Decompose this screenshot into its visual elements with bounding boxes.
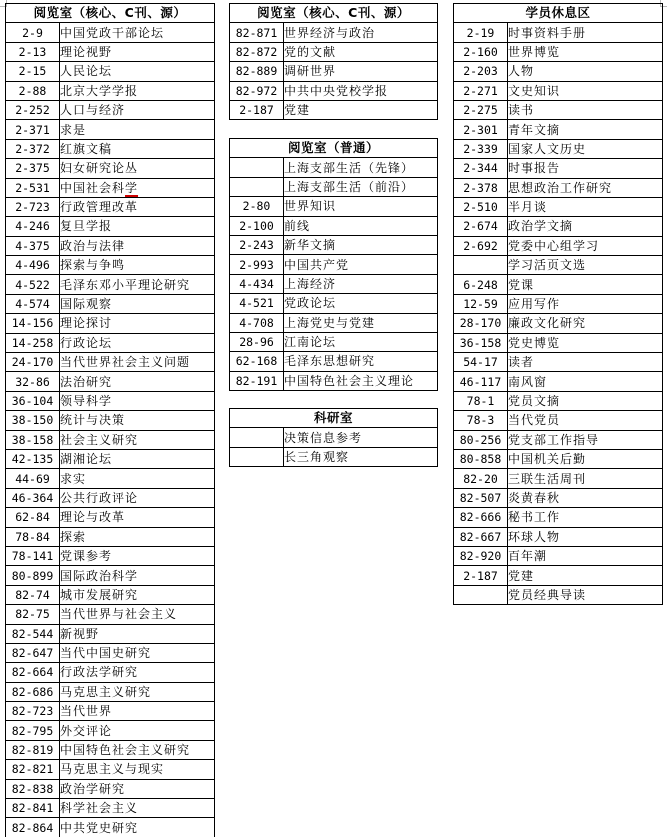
- periodical-code: 2-243: [230, 235, 284, 254]
- periodical-code: [454, 256, 508, 275]
- table-row: 2-160世界博览: [454, 42, 663, 61]
- table-row: 2-723行政管理改革: [6, 197, 215, 216]
- table-row: 2-203人物: [454, 62, 663, 81]
- periodical-code: 32-86: [6, 372, 60, 391]
- periodical-code: 38-150: [6, 411, 60, 430]
- periodical-code: 2-187: [230, 100, 284, 119]
- periodical-code: 14-258: [6, 333, 60, 352]
- periodical-title: 读者: [508, 353, 663, 372]
- periodical-title: 调研世界: [284, 62, 438, 81]
- periodical-title: 文史知识: [508, 81, 663, 100]
- periodical-title: 上海经济: [284, 274, 438, 293]
- periodical-title: 理论探讨: [60, 314, 215, 333]
- periodical-code: 78-141: [6, 546, 60, 565]
- table-row: 长三角观察: [230, 447, 438, 466]
- table-row: 82-666秘书工作: [454, 508, 663, 527]
- periodical-code: 2-344: [454, 159, 508, 178]
- periodical-title: 复旦学报: [60, 217, 215, 236]
- periodical-title: 马克思主义与现实: [60, 760, 215, 779]
- periodical-code: 82-795: [6, 721, 60, 740]
- periodical-title: 党员经典导读: [508, 585, 663, 604]
- periodical-title: 行政法学研究: [60, 663, 215, 682]
- table-row: 2-271文史知识: [454, 81, 663, 100]
- table-row: 82-972中共中央党校学报: [230, 81, 438, 100]
- periodical-code: 82-723: [6, 702, 60, 721]
- periodical-code: 2-692: [454, 236, 508, 255]
- table-row: 80-899国际政治科学: [6, 566, 215, 585]
- table-row: 82-872党的文献: [230, 42, 438, 61]
- table-row: 4-375政治与法律: [6, 236, 215, 255]
- periodical-title: 新华文摘: [284, 235, 438, 254]
- table-row: 82-191中国特色社会主义理论: [230, 371, 438, 390]
- periodical-code: 38-158: [6, 430, 60, 449]
- periodical-title: 秘书工作: [508, 508, 663, 527]
- periodical-title: 百年潮: [508, 546, 663, 565]
- table-row: 2-15人民论坛: [6, 62, 215, 81]
- table-row: 2-510半月谈: [454, 197, 663, 216]
- periodical-code: [230, 158, 284, 177]
- periodical-title: 人物: [508, 62, 663, 81]
- periodical-code: 62-168: [230, 352, 284, 371]
- periodical-code: 2-378: [454, 178, 508, 197]
- table-row: 2-375妇女研究论丛: [6, 159, 215, 178]
- table-row: 决策信息参考: [230, 428, 438, 447]
- periodical-title: 炎黄春秋: [508, 488, 663, 507]
- table-row: 78-3当代党员: [454, 411, 663, 430]
- periodical-code: 28-170: [454, 314, 508, 333]
- table-row: 2-100前线: [230, 216, 438, 235]
- periodical-code: 82-889: [230, 62, 284, 81]
- periodical-title: 中国党政干部论坛: [60, 23, 215, 42]
- periodical-title: 毛泽东思想研究: [284, 352, 438, 371]
- periodical-code: 82-191: [230, 371, 284, 390]
- table-row: 2-9中国党政干部论坛: [6, 23, 215, 42]
- periodical-code: 82-20: [454, 469, 508, 488]
- periodical-title: 党政论坛: [284, 294, 438, 313]
- periodical-code: 2-203: [454, 62, 508, 81]
- periodical-title: 读书: [508, 100, 663, 119]
- table-row: 24-170当代世界社会主义问题: [6, 353, 215, 372]
- periodical-code: 82-667: [454, 527, 508, 546]
- periodical-code: 4-522: [6, 275, 60, 294]
- table-row: 82-74城市发展研究: [6, 585, 215, 604]
- student-lounge-table: 学员休息区 2-19时事资料手册2-160世界博览2-203人物2-271文史知…: [453, 3, 663, 605]
- periodical-title: 世界知识: [284, 197, 438, 216]
- periodical-code: 2-301: [454, 120, 508, 139]
- table-row: 党员经典导读: [454, 585, 663, 604]
- periodical-code: 4-434: [230, 274, 284, 293]
- periodical-title: 应用写作: [508, 294, 663, 313]
- periodical-code: 2-15: [6, 62, 60, 81]
- table-row: 38-158社会主义研究: [6, 430, 215, 449]
- periodical-code: 82-75: [6, 605, 60, 624]
- periodical-title: 党史博览: [508, 333, 663, 352]
- periodical-title: 青年文摘: [508, 120, 663, 139]
- periodical-title: 妇女研究论丛: [60, 159, 215, 178]
- periodical-title: 时事资料手册: [508, 23, 663, 42]
- periodical-code: 78-3: [454, 411, 508, 430]
- periodical-code: 2-674: [454, 217, 508, 236]
- spellcheck-underline: 学: [125, 181, 138, 195]
- table-row: 82-75当代世界与社会主义: [6, 605, 215, 624]
- periodical-code: [230, 177, 284, 196]
- periodical-title: 党课: [508, 275, 663, 294]
- table-row: 2-13理论视野: [6, 42, 215, 61]
- periodical-title: 中国特色社会主义理论: [284, 371, 438, 390]
- periodical-code: 4-496: [6, 256, 60, 275]
- periodical-code: 82-507: [454, 488, 508, 507]
- periodical-code: 46-364: [6, 488, 60, 507]
- periodical-title: 中国共产党: [284, 255, 438, 274]
- periodical-title: 世界博览: [508, 42, 663, 61]
- reading-room-general-table: 阅览室（普通） 上海支部生活（先锋）上海支部生活（前沿）2-80世界知识2-10…: [229, 138, 438, 391]
- table-row: 2-19时事资料手册: [454, 23, 663, 42]
- periodical-title: 城市发展研究: [60, 585, 215, 604]
- table-row: 78-1党员文摘: [454, 391, 663, 410]
- table-row: 4-246复旦学报: [6, 217, 215, 236]
- periodical-code: 4-375: [6, 236, 60, 255]
- periodical-title: 统计与决策: [60, 411, 215, 430]
- periodical-code: 82-838: [6, 779, 60, 798]
- table-title: 阅览室（核心、C刊、源）: [230, 4, 438, 23]
- periodical-title: 人民论坛: [60, 62, 215, 81]
- table-row: 82-507炎黄春秋: [454, 488, 663, 507]
- table-row: 44-69求实: [6, 469, 215, 488]
- periodical-code: 4-574: [6, 294, 60, 313]
- periodical-title: 上海支部生活（先锋）: [284, 158, 438, 177]
- table-row: 上海支部生活（先锋）: [230, 158, 438, 177]
- table-row: 4-522毛泽东邓小平理论研究: [6, 275, 215, 294]
- periodical-title: 党课参考: [60, 546, 215, 565]
- table-title: 科研室: [230, 409, 438, 428]
- table-row: 2-187党建: [230, 100, 438, 119]
- periodical-code: 62-84: [6, 508, 60, 527]
- periodical-code: 2-723: [6, 197, 60, 216]
- table-row: 2-372红旗文稿: [6, 139, 215, 158]
- table-row: 2-531中国社会科学: [6, 178, 215, 197]
- periodical-title: 环球人物: [508, 527, 663, 546]
- periodical-title: 当代世界: [60, 702, 215, 721]
- periodical-title: 中国特色社会主义研究: [60, 740, 215, 759]
- table-row: 54-17读者: [454, 353, 663, 372]
- table-row: 78-141党课参考: [6, 546, 215, 565]
- periodical-code: 82-972: [230, 81, 284, 100]
- periodical-title: 科学社会主义: [60, 799, 215, 818]
- periodical-title: 当代世界与社会主义: [60, 605, 215, 624]
- table-row: 2-993中国共产党: [230, 255, 438, 274]
- periodical-title: 南风窗: [508, 372, 663, 391]
- table-row: 2-88北京大学学报: [6, 81, 215, 100]
- table-row: 学习活页文选: [454, 256, 663, 275]
- table-row: 2-378思想政治工作研究: [454, 178, 663, 197]
- table-row: 2-252人口与经济: [6, 100, 215, 119]
- table-row: 14-156理论探讨: [6, 314, 215, 333]
- periodical-title: 新视野: [60, 624, 215, 643]
- periodical-title: 中共中央党校学报: [284, 81, 438, 100]
- table-row: 80-858中国机关后勤: [454, 449, 663, 468]
- table-row: 62-84理论与改革: [6, 508, 215, 527]
- periodical-code: 80-858: [454, 449, 508, 468]
- periodical-title: 上海党史与党建: [284, 313, 438, 332]
- table-row: 4-574国际观察: [6, 294, 215, 313]
- periodical-code: 54-17: [454, 353, 508, 372]
- periodical-title: 长三角观察: [284, 447, 438, 466]
- table-row: 4-521党政论坛: [230, 294, 438, 313]
- periodical-title: 党建: [508, 566, 663, 585]
- table-row: 42-135湖湘论坛: [6, 449, 215, 468]
- periodical-code: 80-899: [6, 566, 60, 585]
- table-row: 2-339国家人文历史: [454, 139, 663, 158]
- periodical-title: 时事报告: [508, 159, 663, 178]
- periodical-title: 探索: [60, 527, 215, 546]
- periodical-code: 82-819: [6, 740, 60, 759]
- periodical-title: 中共党史研究: [60, 818, 215, 837]
- periodical-title: 外交评论: [60, 721, 215, 740]
- periodical-code: 2-160: [454, 42, 508, 61]
- periodical-code: 80-256: [454, 430, 508, 449]
- table-row: 82-544新视野: [6, 624, 215, 643]
- periodical-code: 24-170: [6, 353, 60, 372]
- periodical-title: 中国机关后勤: [508, 449, 663, 468]
- table-row: 32-86法治研究: [6, 372, 215, 391]
- periodical-title: 理论视野: [60, 42, 215, 61]
- periodical-code: [230, 428, 284, 447]
- table-row: 46-364公共行政评论: [6, 488, 215, 507]
- periodical-title: 探索与争鸣: [60, 256, 215, 275]
- periodical-code: 36-158: [454, 333, 508, 352]
- reading-room-core-table-1: 阅览室（核心、C刊、源） 2-9中国党政干部论坛2-13理论视野2-15人民论坛…: [5, 3, 215, 837]
- periodical-code: 2-510: [454, 197, 508, 216]
- table-row: 82-841科学社会主义: [6, 799, 215, 818]
- periodical-title: 党建: [284, 100, 438, 119]
- periodical-title: 人口与经济: [60, 100, 215, 119]
- table-row: 82-821马克思主义与现实: [6, 760, 215, 779]
- table-row: 78-84探索: [6, 527, 215, 546]
- periodical-code: 82-920: [454, 546, 508, 565]
- periodical-code: 4-521: [230, 294, 284, 313]
- table-title: 阅览室（核心、C刊、源）: [6, 4, 215, 23]
- table-row: 4-434上海经济: [230, 274, 438, 293]
- table-row: 2-371求是: [6, 120, 215, 139]
- table-row: 82-664行政法学研究: [6, 663, 215, 682]
- table-row: 46-117南风窗: [454, 372, 663, 391]
- table-row: 82-795外交评论: [6, 721, 215, 740]
- table-title: 学员休息区: [454, 4, 663, 23]
- table-row: 2-344时事报告: [454, 159, 663, 178]
- table-row: 2-301青年文摘: [454, 120, 663, 139]
- periodical-title: 当代党员: [508, 411, 663, 430]
- periodical-code: 2-19: [454, 23, 508, 42]
- table-row: 36-158党史博览: [454, 333, 663, 352]
- table-row: 2-187党建: [454, 566, 663, 585]
- periodical-title: 国际政治科学: [60, 566, 215, 585]
- periodical-code: 82-864: [6, 818, 60, 837]
- table-row: 80-256党支部工作指导: [454, 430, 663, 449]
- periodical-code: 82-821: [6, 760, 60, 779]
- research-room-table: 科研室 决策信息参考长三角观察: [229, 408, 438, 467]
- table-row: 2-80世界知识: [230, 197, 438, 216]
- periodical-title: 当代世界社会主义问题: [60, 353, 215, 372]
- reading-room-core-table-2: 阅览室（核心、C刊、源） 82-871世界经济与政治82-872党的文献82-8…: [229, 3, 438, 120]
- periodical-title: 北京大学学报: [60, 81, 215, 100]
- periodical-title: 政治学文摘: [508, 217, 663, 236]
- periodical-code: 82-74: [6, 585, 60, 604]
- periodical-code: 36-104: [6, 391, 60, 410]
- table-row: 82-838政治学研究: [6, 779, 215, 798]
- periodical-code: 2-80: [230, 197, 284, 216]
- periodical-title: 法治研究: [60, 372, 215, 391]
- periodical-code: 2-187: [454, 566, 508, 585]
- table-row: 82-723当代世界: [6, 702, 215, 721]
- periodical-code: 2-371: [6, 120, 60, 139]
- periodical-code: 2-271: [454, 81, 508, 100]
- periodical-title: 求实: [60, 469, 215, 488]
- periodical-code: 2-100: [230, 216, 284, 235]
- periodical-code: 46-117: [454, 372, 508, 391]
- periodical-code: [454, 585, 508, 604]
- periodical-code: 2-372: [6, 139, 60, 158]
- periodical-code: 4-246: [6, 217, 60, 236]
- periodical-title: 党的文献: [284, 42, 438, 61]
- table-row: 28-170廉政文化研究: [454, 314, 663, 333]
- periodical-title: 求是: [60, 120, 215, 139]
- periodical-code: 44-69: [6, 469, 60, 488]
- periodical-code: 2-993: [230, 255, 284, 274]
- periodical-code: 2-252: [6, 100, 60, 119]
- table-row: 2-275读书: [454, 100, 663, 119]
- table-row: 82-871世界经济与政治: [230, 23, 438, 42]
- periodical-title: 行政论坛: [60, 333, 215, 352]
- periodical-title: 政治学研究: [60, 779, 215, 798]
- table-row: 62-168毛泽东思想研究: [230, 352, 438, 371]
- periodical-code: 2-375: [6, 159, 60, 178]
- table-row: 4-496探索与争鸣: [6, 256, 215, 275]
- periodical-code: 6-248: [454, 275, 508, 294]
- periodical-code: 4-708: [230, 313, 284, 332]
- periodical-code: 82-666: [454, 508, 508, 527]
- periodical-title: 三联生活周刊: [508, 469, 663, 488]
- periodical-code: 28-96: [230, 332, 284, 351]
- periodical-title: 学习活页文选: [508, 256, 663, 275]
- table-row: 6-248党课: [454, 275, 663, 294]
- periodical-title: 半月谈: [508, 197, 663, 216]
- periodical-code: 82-686: [6, 682, 60, 701]
- periodical-title: 毛泽东邓小平理论研究: [60, 275, 215, 294]
- table-row: 82-647当代中国史研究: [6, 643, 215, 662]
- table-row: 38-150统计与决策: [6, 411, 215, 430]
- table-row: 2-692党委中心组学习: [454, 236, 663, 255]
- periodical-code: 78-1: [454, 391, 508, 410]
- table-row: 上海支部生活（前沿）: [230, 177, 438, 196]
- table-row: 82-667环球人物: [454, 527, 663, 546]
- periodical-code: 2-275: [454, 100, 508, 119]
- table-row: 36-104领导科学: [6, 391, 215, 410]
- periodical-code: 12-59: [454, 294, 508, 313]
- periodical-code: 2-339: [454, 139, 508, 158]
- periodical-title: 红旗文稿: [60, 139, 215, 158]
- periodical-title: 理论与改革: [60, 508, 215, 527]
- periodical-title: 思想政治工作研究: [508, 178, 663, 197]
- periodical-title: 廉政文化研究: [508, 314, 663, 333]
- table-row: 4-708上海党史与党建: [230, 313, 438, 332]
- table-row: 82-864中共党史研究: [6, 818, 215, 837]
- periodical-code: 2-88: [6, 81, 60, 100]
- periodical-title: 行政管理改革: [60, 197, 215, 216]
- periodical-title: 领导科学: [60, 391, 215, 410]
- periodical-title: 党员文摘: [508, 391, 663, 410]
- table-row: 28-96江南论坛: [230, 332, 438, 351]
- periodical-code: 14-156: [6, 314, 60, 333]
- periodical-code: 82-664: [6, 663, 60, 682]
- periodical-title: 前线: [284, 216, 438, 235]
- periodical-code: 82-544: [6, 624, 60, 643]
- periodical-code: [230, 447, 284, 466]
- periodical-title: 社会主义研究: [60, 430, 215, 449]
- periodical-code: 2-9: [6, 23, 60, 42]
- periodical-code: 82-841: [6, 799, 60, 818]
- table-row: 82-889调研世界: [230, 62, 438, 81]
- periodical-title: 当代中国史研究: [60, 643, 215, 662]
- periodical-title: 江南论坛: [284, 332, 438, 351]
- periodical-title: 政治与法律: [60, 236, 215, 255]
- periodical-title: 党委中心组学习: [508, 236, 663, 255]
- periodical-title: 党支部工作指导: [508, 430, 663, 449]
- table-row: 82-819中国特色社会主义研究: [6, 740, 215, 759]
- periodical-title: 世界经济与政治: [284, 23, 438, 42]
- periodical-title: 湖湘论坛: [60, 449, 215, 468]
- periodical-code: 78-84: [6, 527, 60, 546]
- periodical-title: 马克思主义研究: [60, 682, 215, 701]
- table-row: 2-674政治学文摘: [454, 217, 663, 236]
- table-row: 82-920百年潮: [454, 546, 663, 565]
- periodical-title: 公共行政评论: [60, 488, 215, 507]
- periodical-title: 国家人文历史: [508, 139, 663, 158]
- periodical-code: 2-13: [6, 42, 60, 61]
- periodical-title: 国际观察: [60, 294, 215, 313]
- periodical-code: 82-871: [230, 23, 284, 42]
- periodical-code: 42-135: [6, 449, 60, 468]
- table-row: 12-59应用写作: [454, 294, 663, 313]
- periodical-code: 2-531: [6, 178, 60, 197]
- table-title: 阅览室（普通）: [230, 139, 438, 158]
- table-row: 2-243新华文摘: [230, 235, 438, 254]
- periodical-code: 82-872: [230, 42, 284, 61]
- periodical-title: 上海支部生活（前沿）: [284, 177, 438, 196]
- table-row: 14-258行政论坛: [6, 333, 215, 352]
- table-row: 82-686马克思主义研究: [6, 682, 215, 701]
- periodical-title: 决策信息参考: [284, 428, 438, 447]
- table-row: 82-20三联生活周刊: [454, 469, 663, 488]
- periodical-title: 中国社会科学: [60, 178, 215, 197]
- periodical-code: 82-647: [6, 643, 60, 662]
